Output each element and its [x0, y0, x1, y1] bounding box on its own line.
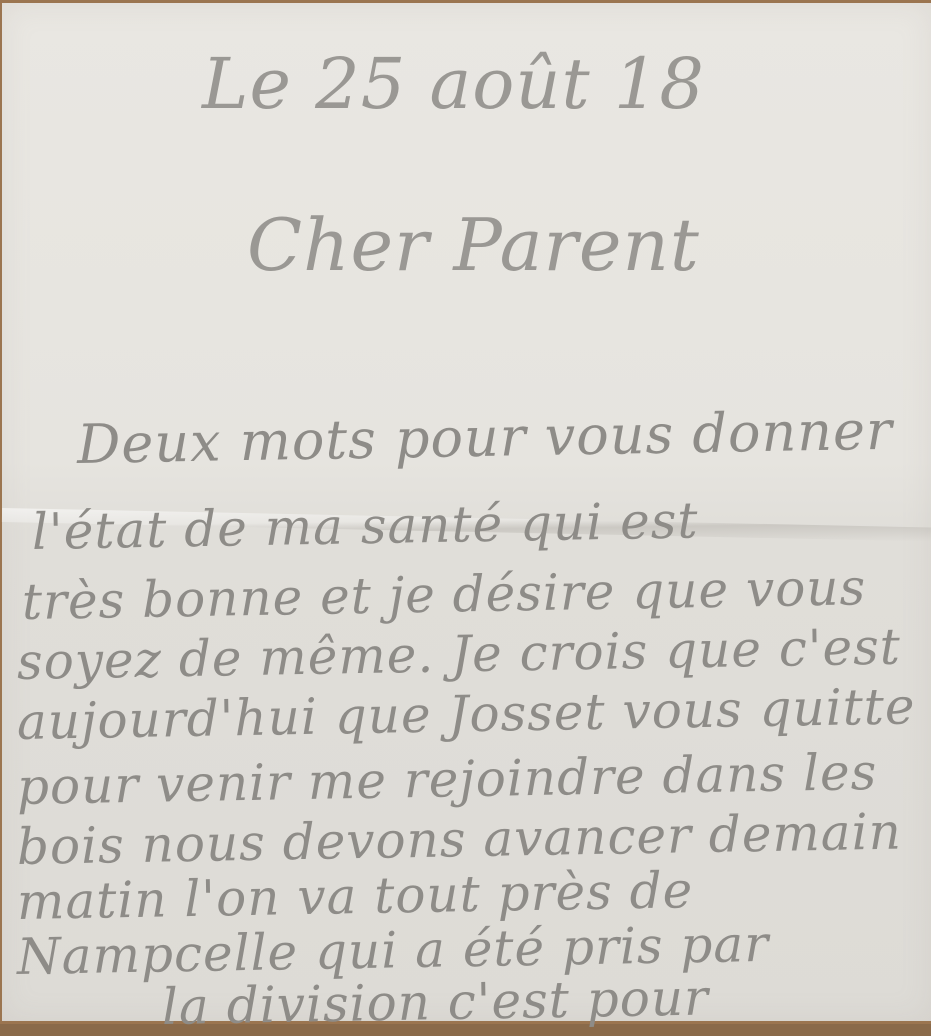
letter-body-line: la division c'est pour	[161, 968, 709, 1024]
letter-body-line: l'état de ma santé qui est	[31, 491, 698, 561]
letter-body-line: Deux mots pour vous donner	[76, 399, 893, 476]
letter-date: Le 25 août 18	[202, 43, 705, 125]
letter-page: Le 25 août 18 Cher Parent Deux mots pour…	[2, 3, 931, 1021]
letter-salutation: Cher Parent	[247, 203, 700, 287]
